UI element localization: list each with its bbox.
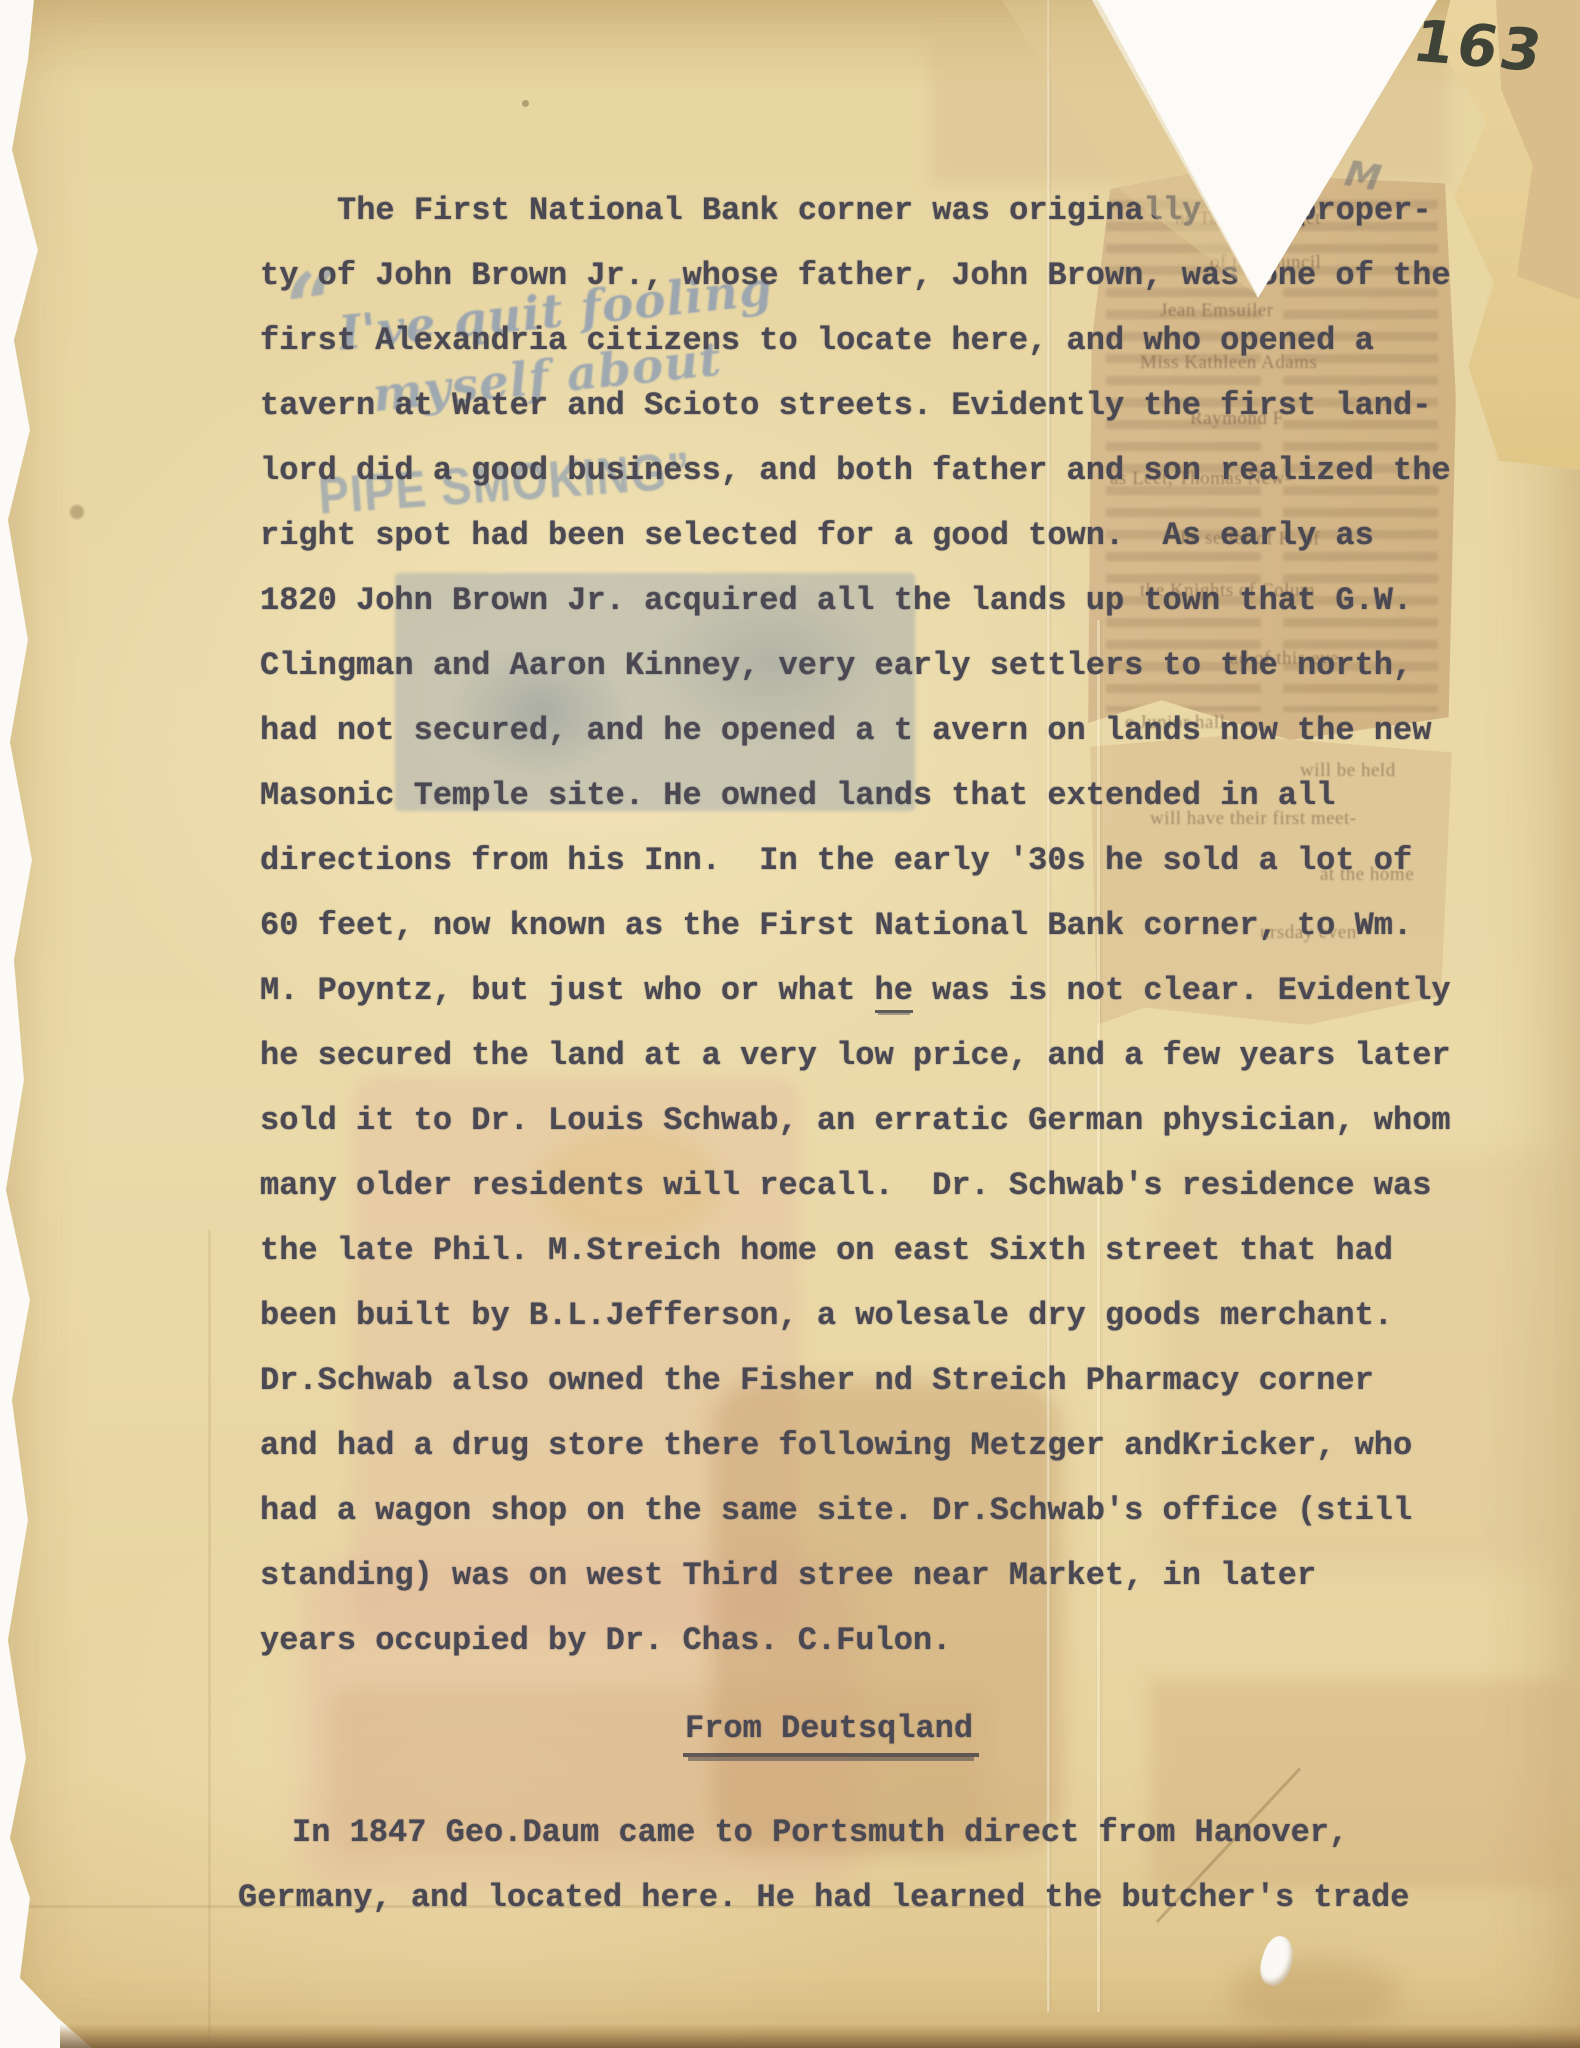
typed-line: Clingman and Aaron Kinney, very early se… bbox=[260, 633, 1451, 698]
handwritten-page-number: 163 bbox=[1408, 7, 1551, 85]
typed-paragraph-2: In 1847 Geo.Daum came to Portsmuth direc… bbox=[238, 1800, 1409, 1930]
section-heading: From Deutsqland bbox=[683, 1710, 979, 1757]
typed-line: had a wagon shop on the same site. Dr.Sc… bbox=[260, 1478, 1451, 1543]
typed-line: lord did a good business, and both fathe… bbox=[260, 438, 1451, 503]
typed-line: and had a drug store there following Met… bbox=[260, 1413, 1451, 1478]
typed-line: right spot had been selected for a good … bbox=[260, 503, 1451, 568]
typed-line: Masonic Temple site. He owned lands that… bbox=[260, 763, 1451, 828]
typed-line: directions from his Inn. In the early '3… bbox=[260, 828, 1451, 893]
typed-line: In 1847 Geo.Daum came to Portsmuth direc… bbox=[238, 1800, 1409, 1865]
typed-line: 60 feet, now known as the First National… bbox=[260, 893, 1451, 958]
typed-line: years occupied by Dr. Chas. C.Fulon. bbox=[260, 1608, 1451, 1673]
typed-line: the late Phil. M.Streich home on east Si… bbox=[260, 1218, 1451, 1283]
pencil-mark: M bbox=[1342, 153, 1384, 200]
typed-paragraph-1: The First National Bank corner was origi… bbox=[260, 178, 1451, 1673]
paper-sheet: ne Taylor Georgetof the councilJean Emsu… bbox=[0, 0, 1580, 2048]
underlined-word: he bbox=[875, 972, 913, 1013]
typed-line: standing) was on west Third stree near M… bbox=[260, 1543, 1451, 1608]
typed-line: been built by B.L.Jefferson, a wolesale … bbox=[260, 1283, 1451, 1348]
typed-line: first Alexandria citizens to locate here… bbox=[260, 308, 1451, 373]
scanned-document-page: ne Taylor Georgetof the councilJean Emsu… bbox=[0, 0, 1580, 2048]
typed-line: 1820 John Brown Jr. acquired all the lan… bbox=[260, 568, 1451, 633]
typed-line: Dr.Schwab also owned the Fisher nd Strei… bbox=[260, 1348, 1451, 1413]
typed-line: sold it to Dr. Louis Schwab, an erratic … bbox=[260, 1088, 1451, 1153]
typed-line: many older residents will recall. Dr. Sc… bbox=[260, 1153, 1451, 1218]
typed-line: tavern at Water and Scioto streets. Evid… bbox=[260, 373, 1451, 438]
page-bottom-edge-shadow bbox=[60, 2024, 1580, 2048]
typed-line: M. Poyntz, but just who or what he was i… bbox=[260, 958, 1451, 1023]
typed-line: Germany, and located here. He had learne… bbox=[238, 1865, 1409, 1930]
typed-line: he secured the land at a very low price,… bbox=[260, 1023, 1451, 1088]
typed-line: had not secured, and he opened a t avern… bbox=[260, 698, 1451, 763]
